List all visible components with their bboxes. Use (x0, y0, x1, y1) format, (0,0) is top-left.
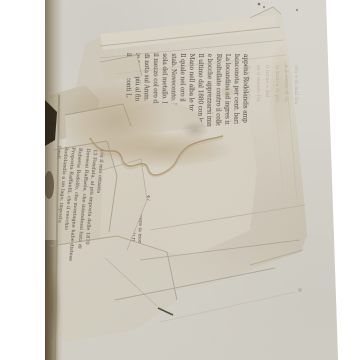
fragment-edge-4 (50, 236, 177, 300)
crease-1 (150, 205, 305, 230)
speck-4 (298, 288, 302, 292)
fragment-edge-5 (100, 55, 142, 76)
stain-dot-right (220, 86, 236, 98)
speck-2 (263, 6, 265, 8)
bottom-flap-edge (250, 250, 303, 265)
bottom-left-crease (105, 258, 157, 306)
speck-1 (258, 3, 261, 6)
stain-gutter-dark (45, 265, 61, 345)
top-corner-fold (250, 7, 281, 18)
stain-blob-center (181, 121, 209, 139)
dark-crevice-spot (45, 171, 54, 199)
photo-area: appena Rodolandis ampliare e con virtù, … (45, 0, 338, 360)
dark-crevice-wedge (45, 100, 57, 146)
crease-2 (140, 240, 300, 260)
fragment-edge-3 (103, 159, 147, 250)
crease-4 (160, 292, 295, 322)
stains-and-tears-overlay (45, 0, 338, 360)
photograph-of-torn-document: appena Rodolandis ampliare e con virtù, … (0, 0, 360, 360)
speck-3 (296, 9, 298, 11)
crease-3 (115, 268, 275, 300)
pen-stroke-mark (158, 308, 173, 315)
stain-scallop-band (91, 132, 235, 168)
